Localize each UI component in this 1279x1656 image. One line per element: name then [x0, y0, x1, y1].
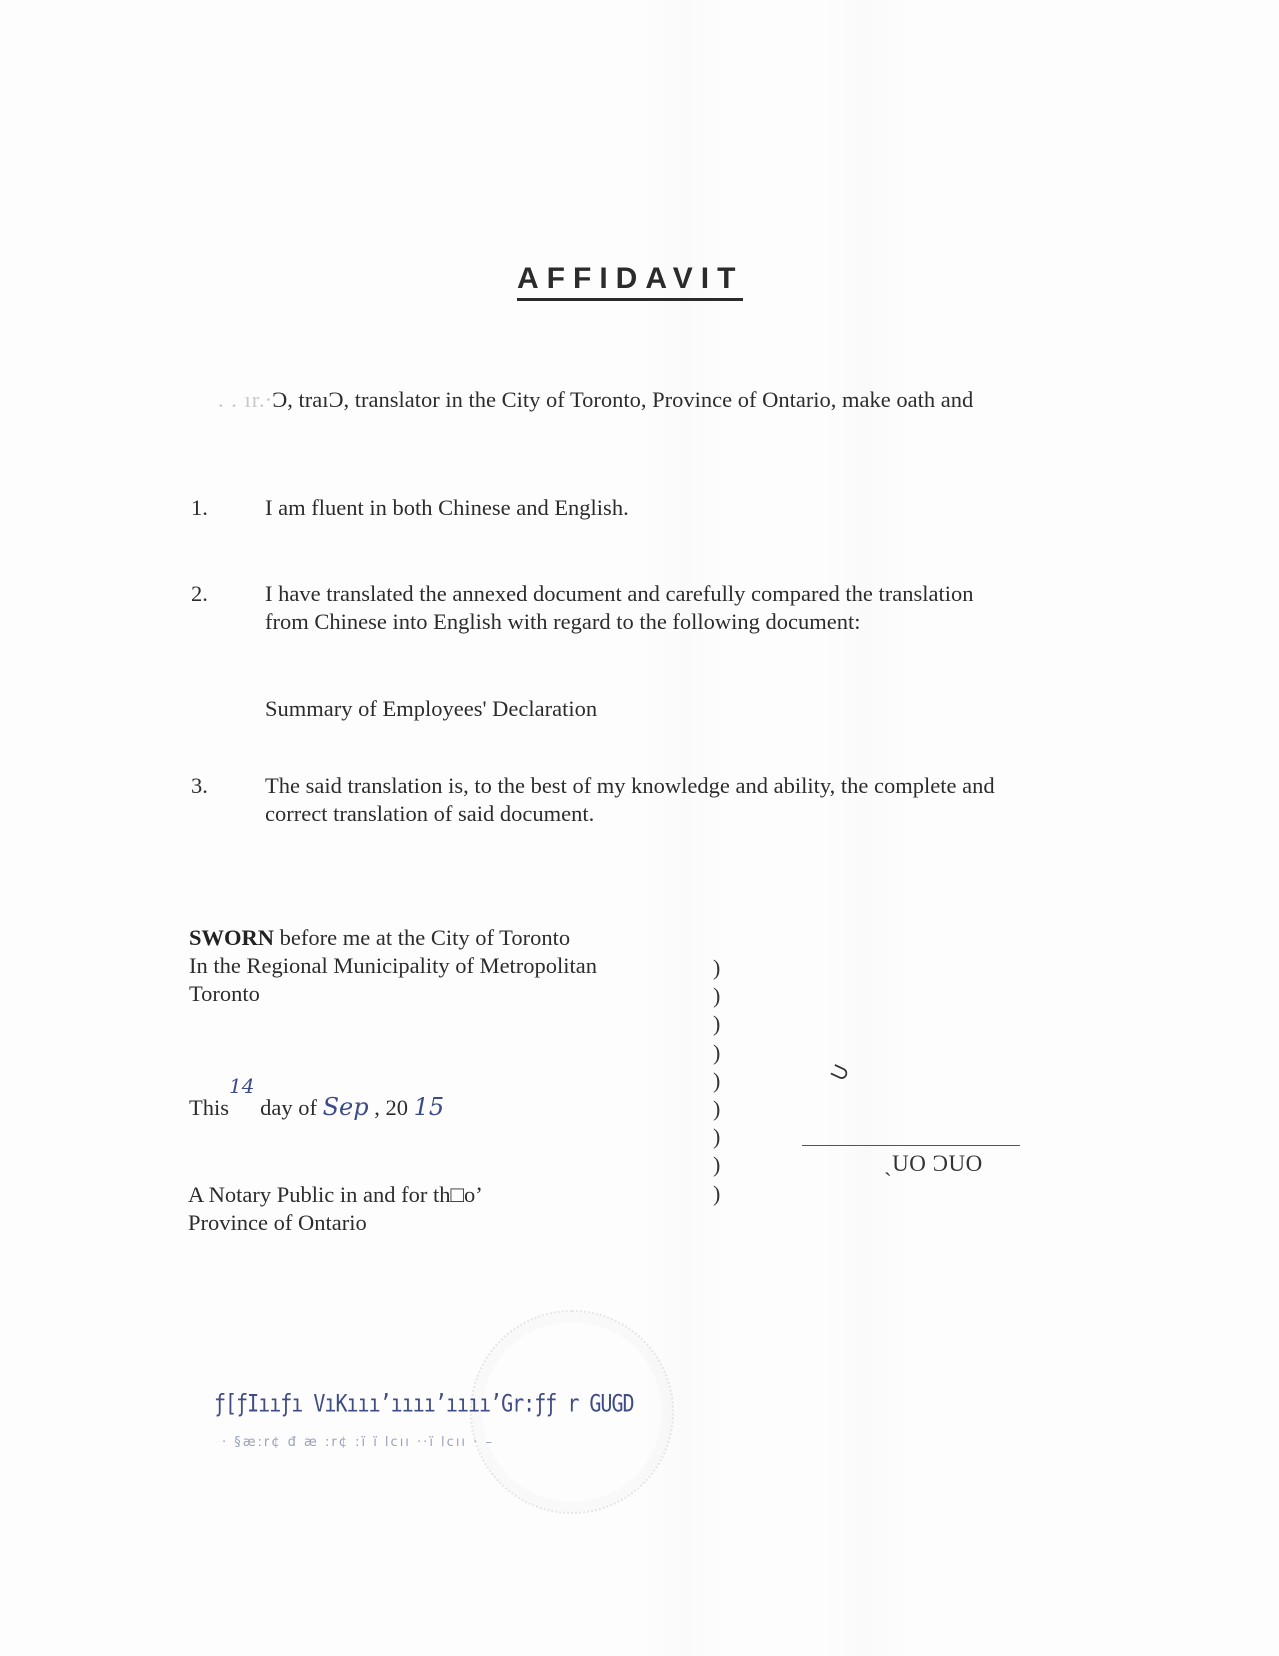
document-title: AFFIDAVIT: [517, 262, 743, 301]
date-this-label: This: [189, 1095, 229, 1120]
bracket: ): [713, 1180, 720, 1208]
oath-line: . . ır.∙Ɔ, traıƆ, translator in the City…: [218, 386, 973, 414]
paragraph-2-line-2: from Chinese into English with regard to…: [265, 608, 861, 636]
date-year-prefix: , 20: [369, 1095, 414, 1120]
date-line: This14 day of Sep , 20 15: [189, 1093, 444, 1122]
affidavit-page: AFFIDAVIT . . ır.∙Ɔ, traıƆ, translator i…: [0, 0, 1279, 1656]
bracket: ): [713, 1095, 720, 1123]
paragraph-3-line-1: The said translation is, to the best of …: [265, 772, 995, 800]
notary-line-1: A Notary Public in and for th□o’: [188, 1181, 483, 1209]
handwritten-day: 14: [229, 1074, 254, 1098]
paragraph-2-line-1: I have translated the annexed document a…: [265, 580, 973, 608]
bracket-column: ) ) ) ) ) ) ) ) ): [713, 954, 720, 1208]
oath-line-faded-name: . . ır.∙: [218, 387, 272, 412]
signatory-name: ˎUO ƆUO: [884, 1151, 983, 1177]
bracket: ): [713, 982, 720, 1010]
bracket: ): [713, 1010, 720, 1038]
paragraph-number: 1.: [191, 494, 208, 522]
oath-line-text: Ɔ, traıƆ, translator in the City of Toro…: [272, 387, 973, 412]
paragraph-1-text: I am fluent in both Chinese and English.: [265, 494, 629, 522]
paragraph-number: 3.: [191, 772, 208, 800]
bracket: ): [713, 1123, 720, 1151]
handwritten-month: Sep: [323, 1093, 369, 1121]
bracket: ): [713, 1151, 720, 1179]
sworn-line-2: In the Regional Municipality of Metropol…: [189, 952, 597, 980]
sworn-line-1: before me at the City of Toronto: [274, 925, 570, 950]
notary-stamp-line-1: ƒ[ƒIııƒı VıKııı’ıııı’ıııı’Gr:ƒƒ r GUGD: [214, 1389, 634, 1418]
bracket: ): [713, 954, 720, 982]
date-day-of-label: day of: [254, 1095, 322, 1120]
paragraph-3-line-2: correct translation of said document.: [265, 800, 594, 828]
bracket: ): [713, 1039, 720, 1067]
sworn-label: SWORN: [189, 925, 274, 950]
notary-line-2: Province of Ontario: [188, 1209, 483, 1237]
notary-block: A Notary Public in and for th□o’ Provinc…: [188, 1181, 483, 1237]
signature-line: [802, 1145, 1020, 1146]
scan-artifact: [820, 0, 910, 1656]
sworn-block: SWORN before me at the City of Toronto I…: [189, 924, 597, 1008]
bracket: ): [713, 1067, 720, 1095]
referenced-document-name: Summary of Employees' Declaration: [265, 695, 597, 723]
paragraph-number: 2.: [191, 580, 208, 608]
handwritten-year: 15: [414, 1093, 445, 1121]
sworn-line-3: Toronto: [189, 980, 597, 1008]
notary-stamp-line-2: · §æ:r¢ đ æ :r¢ :ï ï lcıı ··ï lcıı · –: [222, 1435, 494, 1450]
